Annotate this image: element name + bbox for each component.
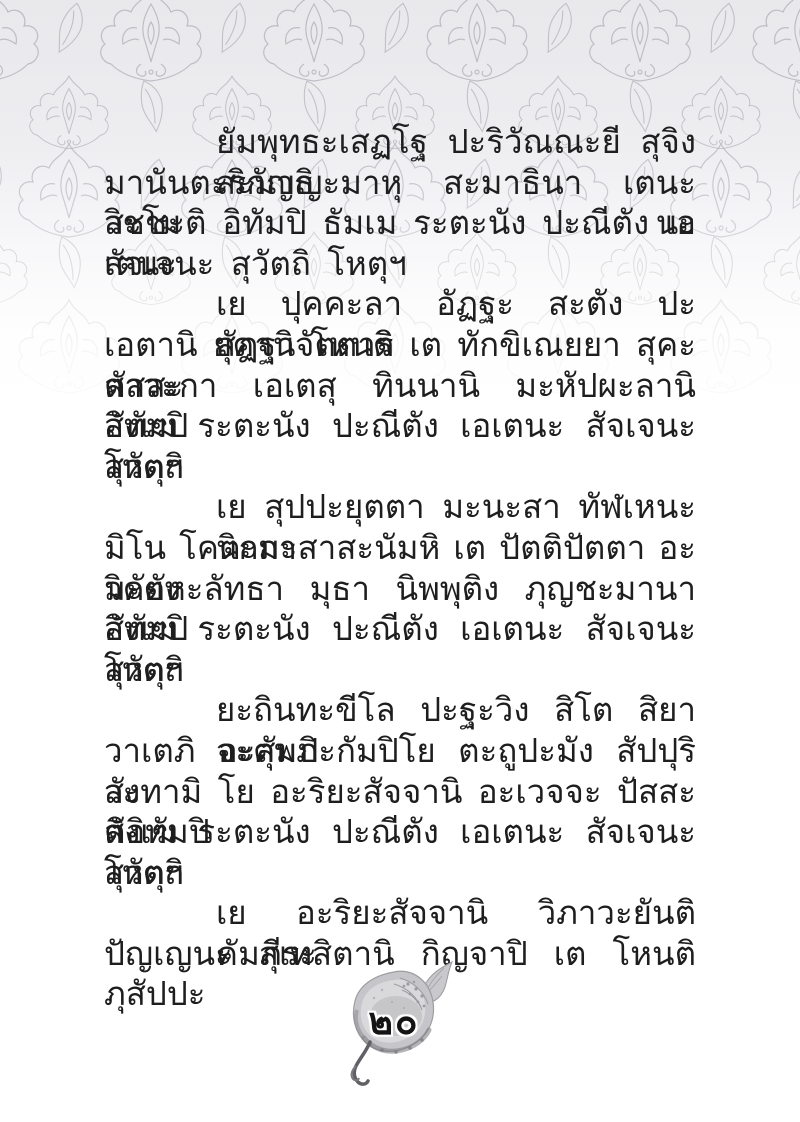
chant-line: วะทามิ โย อะริยะสัจจานิ อะเวจจะ ปัสสะติอ… xyxy=(104,772,696,813)
page-number-ornament: ๒๐ xyxy=(330,958,466,1092)
stanza-4: ยะถินทะขีโล ปะฐะวิง สิโต สิยา จะตุพภิ วา… xyxy=(104,690,696,893)
stanza-2: เย ปุคคะลา อัฏฐะ สะตัง ปะสัฏฐาจัตตาริ เอ… xyxy=(104,284,696,487)
chant-line: วิคัยหะลัทธา มุธา นิพพุติง ภุญชะมานา อิท… xyxy=(104,569,696,610)
chant-line: สังเฆ ระตะนัง ปะณีตัง เอเตนะ สัจเจนะ สุว… xyxy=(104,406,696,447)
chant-line: สาวะกา เอเตสุ ทินนานิ มะหัปผะลานิ อิทัมป… xyxy=(104,366,696,407)
chant-line: สัจเจนะ สุวัตถิ โหตุฯ xyxy=(104,244,696,285)
chant-line: วาเตภิ อะสัมปะกัมปิโย ตะถูปะมัง สัปปุริส… xyxy=(104,731,696,772)
chant-line: มานันตะริกัญญะมาหุ สะมาธินา เตนะ สะโม นะ xyxy=(104,163,696,204)
chant-line: โหตุฯ xyxy=(104,447,696,488)
chant-line: วิชชะติ อิทัมปิ ธัมเม ระตะนัง ปะณีตัง เอ… xyxy=(104,203,696,244)
book-page: ยัมพุทธะเสฏโฐ ปะริวัณณะยี สุจิง สะมาธิ ม… xyxy=(0,0,800,1122)
chant-line: มิโน โคตะมะสาสะนัมหิ เต ปัตติปัตตา อะมะต… xyxy=(104,528,696,569)
chant-line: ยะถินทะขีโล ปะฐะวิง สิโต สิยา จะตุพภิ xyxy=(104,690,696,731)
chant-line: เอตานิ ยุคานิ โหนติ เต ทักขิเณยยา สุคะตั… xyxy=(104,325,696,366)
chant-line: ยัมพุทธะเสฏโฐ ปะริวัณณะยี สุจิง สะมาธิ xyxy=(104,122,696,163)
chant-line: เย ปุคคะลา อัฏฐะ สะตัง ปะสัฏฐาจัตตาริ xyxy=(104,284,696,325)
chant-line: โหตุฯ xyxy=(104,650,696,691)
chant-line: เย อะริยะสัจจานิ วิภาวะยันติ คัมภีระ xyxy=(104,893,696,934)
chant-line: สังเฆ ระตะนัง ปะณีตัง เอเตนะ สัจเจนะ สุว… xyxy=(104,812,696,853)
chant-text-block: ยัมพุทธะเสฏโฐ ปะริวัณณะยี สุจิง สะมาธิ ม… xyxy=(104,122,696,974)
page-number: ๒๐ xyxy=(348,992,440,1051)
stanza-3: เย สุปปะยุตตา มะนะสา ทัฬเหนะ นิกกา มิโน … xyxy=(104,487,696,690)
stanza-1: ยัมพุทธะเสฏโฐ ปะริวัณณะยี สุจิง สะมาธิ ม… xyxy=(104,122,696,284)
chant-line: สังเฆ ระตะนัง ปะณีตัง เอเตนะ สัจเจนะ สุว… xyxy=(104,609,696,650)
chant-line: เย สุปปะยุตตา มะนะสา ทัฬเหนะ นิกกา xyxy=(104,487,696,528)
chant-line: โหตุฯ xyxy=(104,853,696,894)
